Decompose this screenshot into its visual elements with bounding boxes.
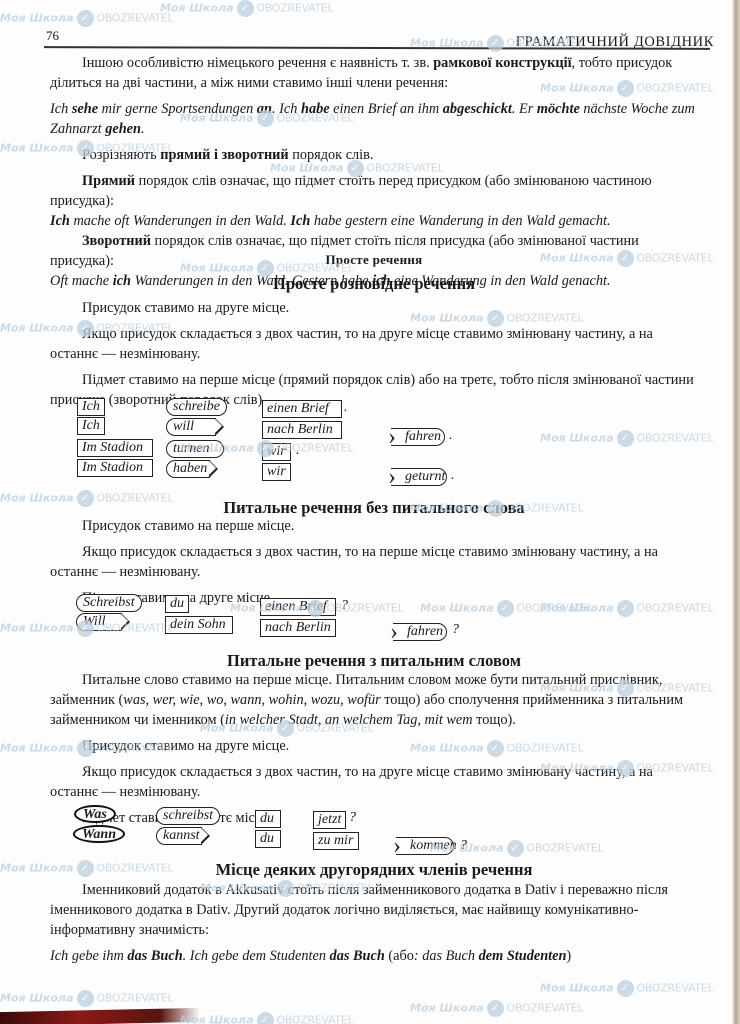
text: тощо).	[473, 712, 516, 728]
verb-arrow: will	[166, 418, 216, 436]
object-box: jetzt	[313, 811, 346, 829]
punctuation: .	[344, 400, 348, 416]
checkmark-circle-icon: ✓	[77, 10, 94, 27]
emphasized-word: das Buch	[127, 948, 182, 964]
paragraph: Якщо присудок складається з двох частин,…	[50, 324, 698, 364]
emphasized-word: dem Studenten	[479, 948, 567, 964]
watermark: Моя Школа✓OBOZREVATEL	[0, 10, 173, 27]
paragraph: Підмет ставимо на друге місце.	[50, 588, 698, 608]
text: Іншою особливістю німецького речення є н…	[82, 55, 433, 71]
object-box: nach Berlin	[260, 619, 336, 637]
text: порядок слів означає, що підмет стоїть п…	[50, 173, 652, 209]
text: (	[385, 948, 393, 964]
paragraph: Присудок ставимо на друге місце.	[50, 736, 698, 756]
section3-body: Питальне слово ставимо на перше місце. П…	[50, 670, 698, 828]
watermark: Моя Школа✓OBOZREVATEL	[160, 0, 333, 17]
paragraph: Присудок ставимо на друге місце.	[50, 298, 698, 318]
text: : das Buch	[414, 948, 479, 964]
checkmark-circle-icon: ✓	[487, 35, 504, 52]
text: . Ich gebe dem Studenten	[183, 948, 330, 964]
verb-pill: turnen	[166, 440, 224, 458]
term: прямий і зворотний	[160, 147, 288, 163]
object-box: nach Berlin	[262, 421, 342, 439]
section2-body: Присудок ставимо на перше місце. Якщо пр…	[50, 516, 698, 608]
punctuation: .	[296, 443, 300, 459]
checkmark-circle-icon: ✓	[507, 840, 524, 857]
emphasized-word: abgeschickt	[443, 101, 512, 117]
paragraph: Якщо присудок складається з двох частин,…	[50, 762, 698, 802]
example-frame: Ich sehe mir gerne Sportsendungen an. Ic…	[50, 99, 698, 139]
intro-paragraph-orders: Розрізняють прямий і зворотний порядок с…	[50, 145, 698, 165]
verb-tail: kommen	[396, 837, 454, 855]
subsection-label: Просте речення	[50, 250, 698, 270]
section-heading-yes-no-question: Питальне речення без питального слова	[50, 498, 698, 518]
checkmark-circle-icon: ✓	[617, 980, 634, 997]
verb-tail: fahren	[391, 428, 445, 446]
text: )	[566, 948, 571, 964]
watermark: Моя Школа✓OBOZREVATEL	[180, 1012, 353, 1024]
checkmark-circle-icon: ✓	[77, 990, 94, 1007]
object-box: wir	[262, 463, 291, 481]
subject-box: Ich	[77, 398, 105, 416]
verb-arrow: haben	[166, 460, 210, 478]
section-heading-wh-question: Питальне речення з питальним словом	[50, 651, 698, 671]
subject-box: dein Sohn	[165, 616, 233, 634]
text: einen Brief an ihm	[330, 101, 443, 117]
page-number: 76	[46, 28, 59, 44]
verb-pill: Schreibst	[76, 594, 142, 612]
paragraph: Присудок ставимо на перше місце.	[50, 516, 698, 536]
term: Прямий	[82, 173, 135, 189]
paragraph: Якщо присудок складається з двох частин,…	[50, 542, 698, 582]
subject-box: Im Stadion	[77, 439, 153, 457]
emphasized-word: sehe	[72, 101, 98, 117]
text: Ich gebe ihm	[50, 948, 127, 964]
text: . Er	[512, 101, 537, 117]
punctuation: ?	[452, 622, 459, 638]
text: . Ich	[272, 101, 301, 117]
verb-arrow: kannst	[156, 827, 202, 845]
emphasized-word: Ich	[50, 213, 70, 229]
book-page: 76 ГРАМАТИЧНИЙ ДОВІДНИК Іншою особливіст…	[0, 0, 740, 1024]
subject-box: du	[165, 595, 189, 613]
paragraph: Підмет ставимо на третє місце.	[50, 808, 698, 828]
question-word-oval: Was	[74, 805, 116, 823]
text: .	[141, 121, 145, 137]
subject-box: du	[255, 810, 281, 828]
text: порядок слів.	[289, 147, 374, 163]
paragraph: Підмет ставимо на перше місце (прямий по…	[50, 370, 698, 410]
punctuation: ?	[349, 810, 356, 826]
object-box: wir	[262, 443, 291, 461]
verb-pill: schreibst	[156, 807, 220, 825]
text: mir gerne Sportsendungen	[98, 101, 257, 117]
intro-paragraph-frame: Іншою особливістю німецького речення є н…	[50, 53, 698, 93]
verb-pill: schreibe	[166, 398, 227, 416]
book-cover-edge	[0, 1008, 200, 1024]
verb-tail: fahren	[393, 623, 447, 641]
checkmark-circle-icon: ✓	[617, 430, 634, 447]
watermark: Моя Школа✓OBOZREVATEL	[540, 980, 713, 997]
object-box: zu mir	[313, 832, 359, 850]
question-word-oval: Wann	[73, 825, 125, 843]
subject-box: Ich	[77, 417, 105, 435]
punctuation: .	[449, 428, 453, 444]
object-box: einen Brief	[262, 400, 342, 418]
paragraph: Питальне слово ставимо на перше місце. П…	[50, 670, 698, 730]
punctuation: .	[451, 468, 455, 484]
text: Розрізняють	[82, 147, 160, 163]
section-heading-declarative: Просте розповідне речення	[50, 274, 698, 294]
term: Зворотний	[82, 233, 151, 249]
checkmark-circle-icon: ✓	[487, 1000, 504, 1017]
emphasized-word: Ich	[290, 213, 310, 229]
term-frame-construction: рамкової конструкції	[433, 55, 571, 71]
section-heading-secondary-members: Місце деяких другорядних членів речення	[50, 860, 698, 880]
subject-box: du	[255, 830, 281, 848]
text: Ich	[50, 101, 72, 117]
page-binding-edge	[732, 0, 740, 1024]
watermark: Моя Школа✓OBOZREVATEL	[540, 430, 713, 447]
emphasized-word: möchte	[537, 101, 580, 117]
emphasized-word: gehen	[105, 121, 141, 137]
checkmark-circle-icon: ✓	[237, 0, 254, 17]
question-words: was, wer, wie, wo, wann, wohin, wozu, wo…	[123, 692, 380, 708]
watermark: Моя Школа✓OBOZREVATEL	[0, 990, 173, 1007]
emphasized-word: habe	[301, 101, 330, 117]
punctuation: ?	[460, 838, 467, 854]
paragraph: Іменниковий додаток в Akkusativ стоїть п…	[50, 880, 698, 940]
emphasized-word: an	[257, 101, 272, 117]
verb-tail: geturnt	[391, 468, 447, 486]
text: або	[393, 948, 414, 964]
watermark: Моя Школа✓OBOZREVATEL	[410, 1000, 583, 1017]
example-direct: Ich mache oft Wanderungen in den Wald. I…	[50, 211, 698, 231]
example-dative-accusative: Ich gebe ihm das Buch. Ich gebe dem Stud…	[50, 946, 698, 966]
direct-order-paragraph: Прямий порядок слів означає, що підмет с…	[50, 171, 698, 211]
object-box: einen Brief	[260, 598, 336, 616]
section1-body: Присудок ставимо на друге місце. Якщо пр…	[50, 298, 698, 410]
text: mache oft Wanderungen in den Wald.	[70, 213, 291, 229]
emphasized-word: das Buch	[330, 948, 385, 964]
subject-box: Im Stadion	[77, 459, 153, 477]
prepositional-examples: in welcher Stadt, an welchem Tag, mit we…	[225, 712, 473, 728]
text: habe gestern eine Wanderung in den Wald …	[310, 213, 610, 229]
header-rule	[44, 46, 710, 50]
verb-arrow: Will	[76, 613, 122, 631]
section4-body: Іменниковий додаток в Akkusativ стоїть п…	[50, 880, 698, 966]
checkmark-circle-icon: ✓	[257, 1012, 274, 1024]
punctuation: ?	[341, 598, 348, 614]
